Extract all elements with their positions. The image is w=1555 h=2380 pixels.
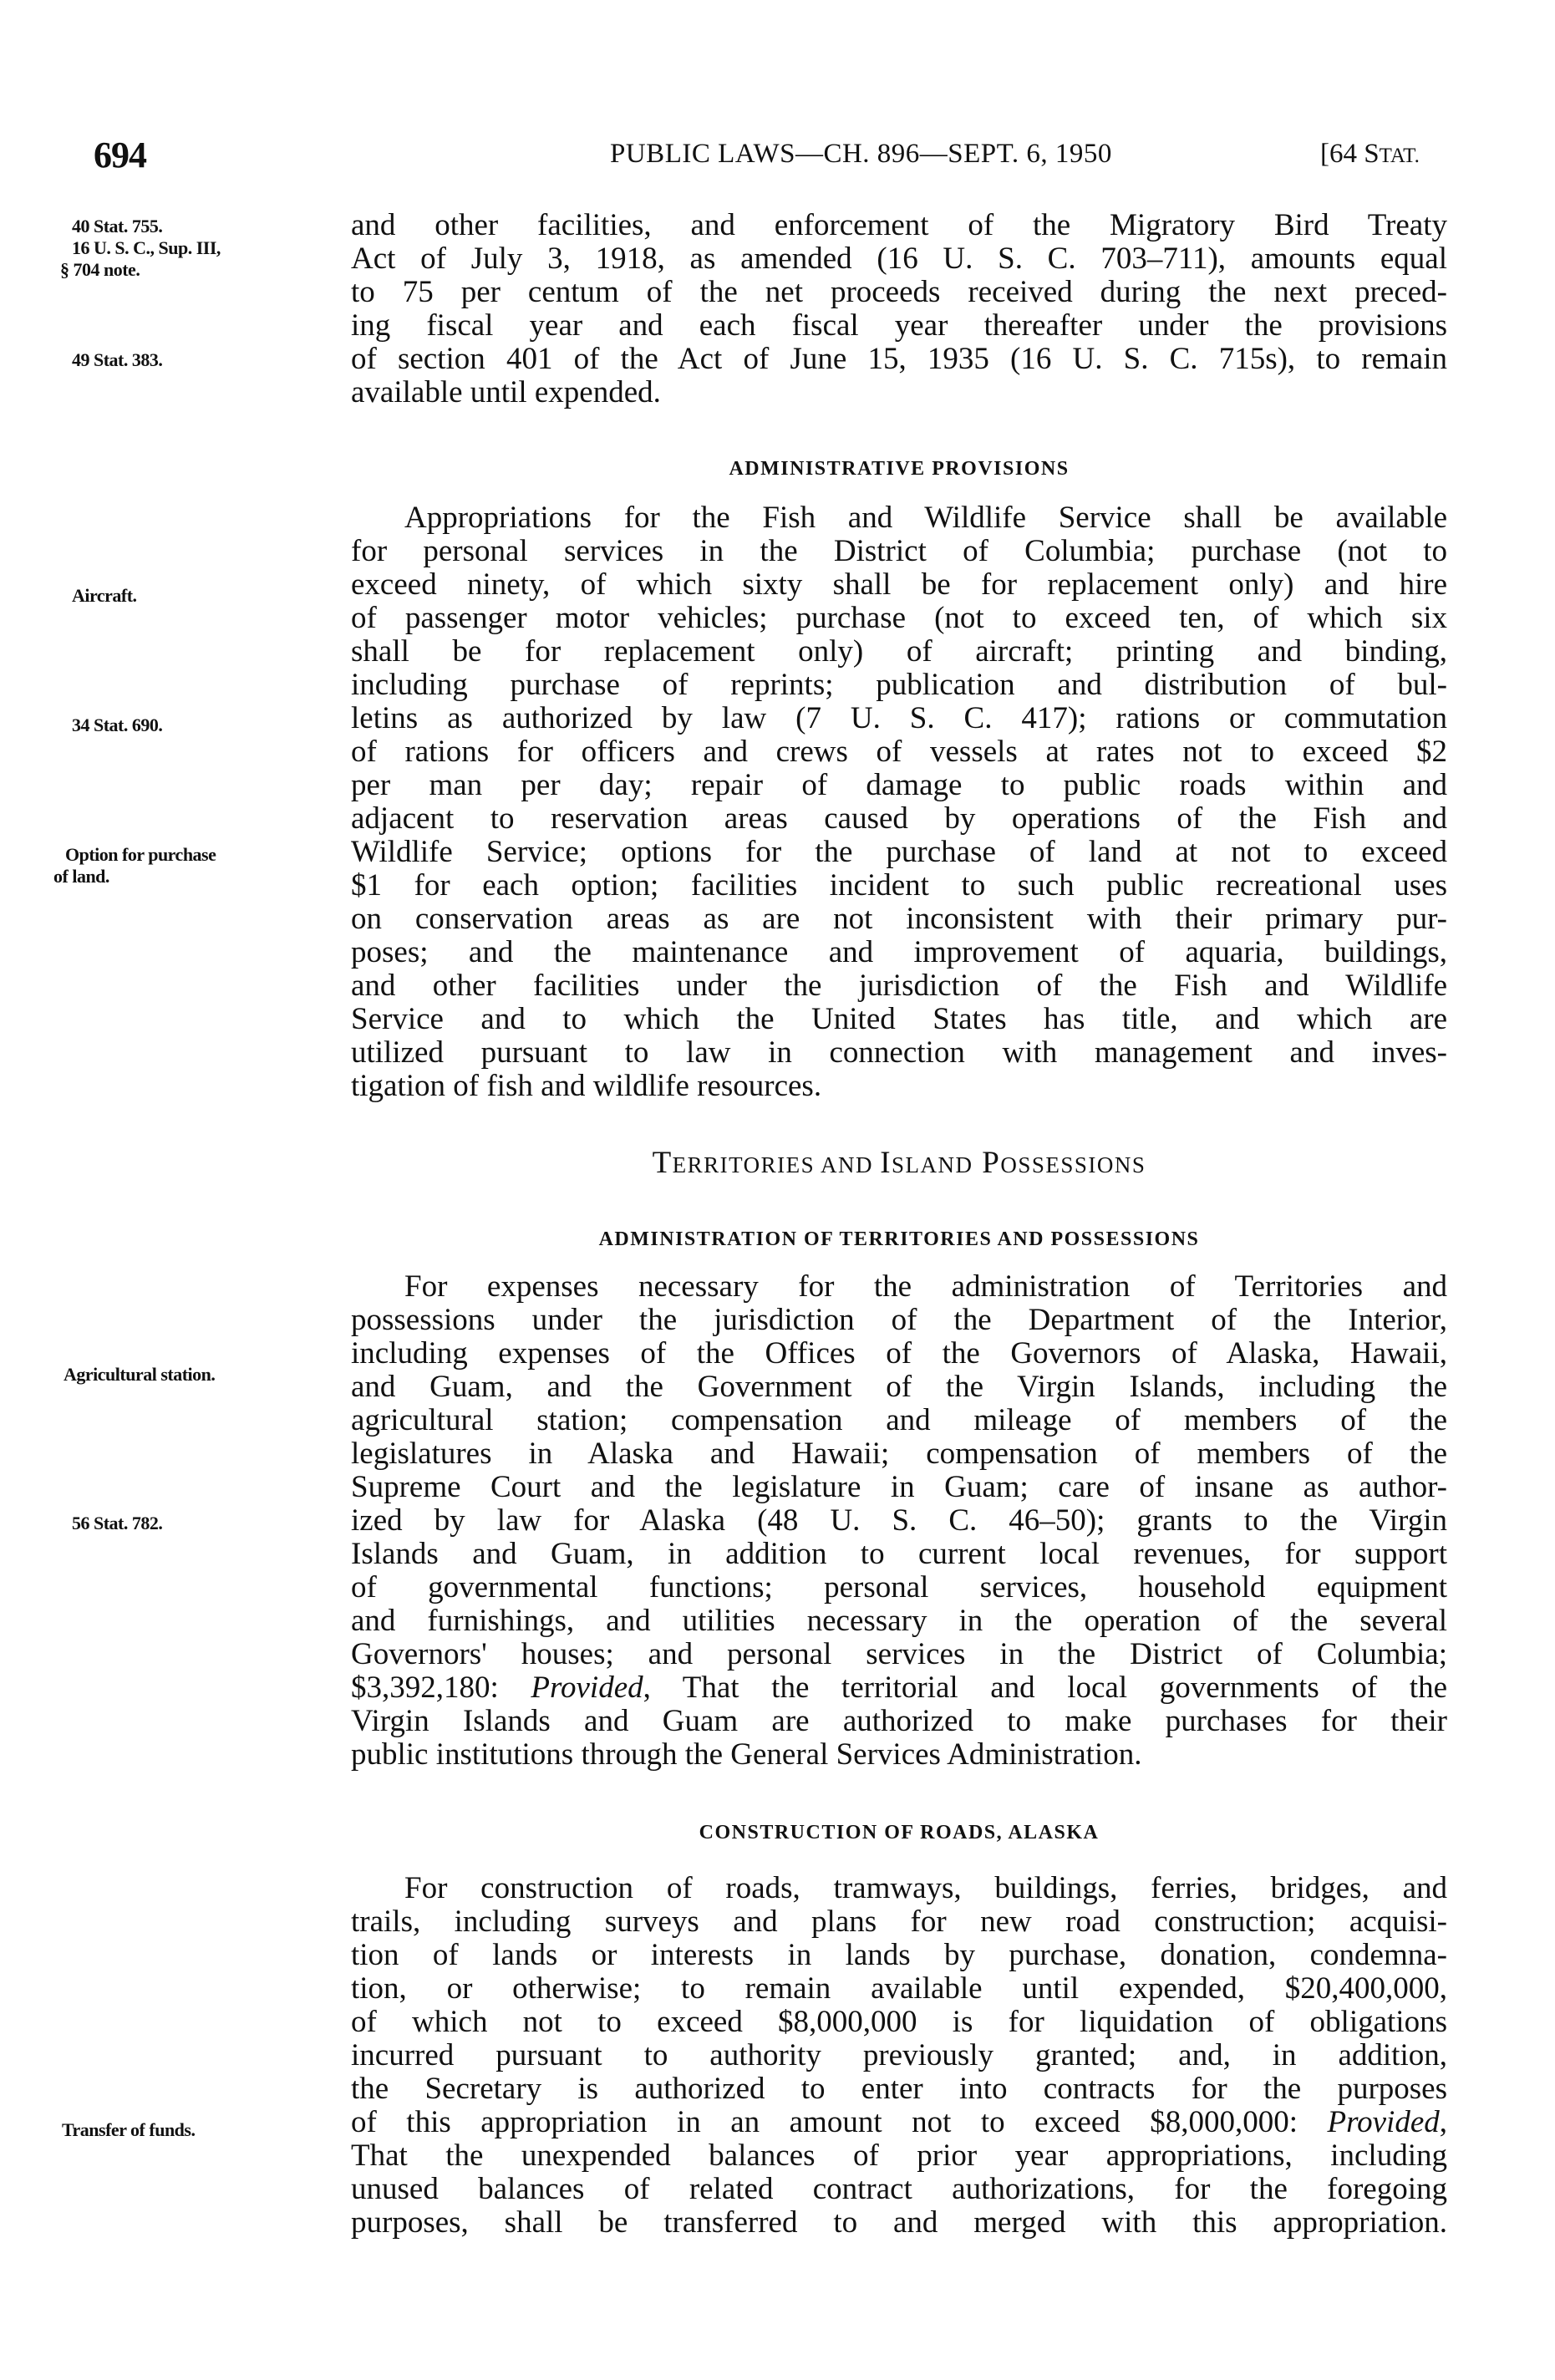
subheading-administration-territories: ADMINISTRATION OF TERRITORIES AND POSSES…	[351, 1228, 1447, 1251]
volume-reference: [64 STAT.	[1320, 139, 1420, 170]
running-head: PUBLIC LAWS—CH. 896—SEPT. 6, 1950	[610, 139, 1112, 170]
section-heading-territories: TERRITORIES AND ISLAND POSSESSIONS	[351, 1145, 1447, 1181]
margin-note-agricultural-station: Agricultural station.	[64, 1364, 215, 1386]
volume-ref-number: [64	[1320, 139, 1357, 169]
margin-note-transfer-funds: Transfer of funds.	[62, 2119, 195, 2141]
margin-note-citation: 49 Stat. 383.	[72, 349, 162, 371]
section-heading-roads-alaska: CONSTRUCTION OF ROADS, ALASKA	[351, 1822, 1447, 1844]
margin-note-citation: 34 Stat. 690.	[72, 715, 162, 736]
section-heading-administrative-provisions: ADMINISTRATIVE PROVISIONS	[351, 458, 1447, 481]
margin-note-aircraft: Aircraft.	[72, 585, 137, 607]
margin-note-option-land: Option for purchase of land.	[53, 844, 216, 887]
margin-note-citation: 40 Stat. 755. 16 U. S. C., Sup. III, § 7…	[60, 216, 221, 281]
margin-note-citation: 56 Stat. 782.	[72, 1513, 162, 1534]
page-number: 694	[94, 134, 146, 176]
